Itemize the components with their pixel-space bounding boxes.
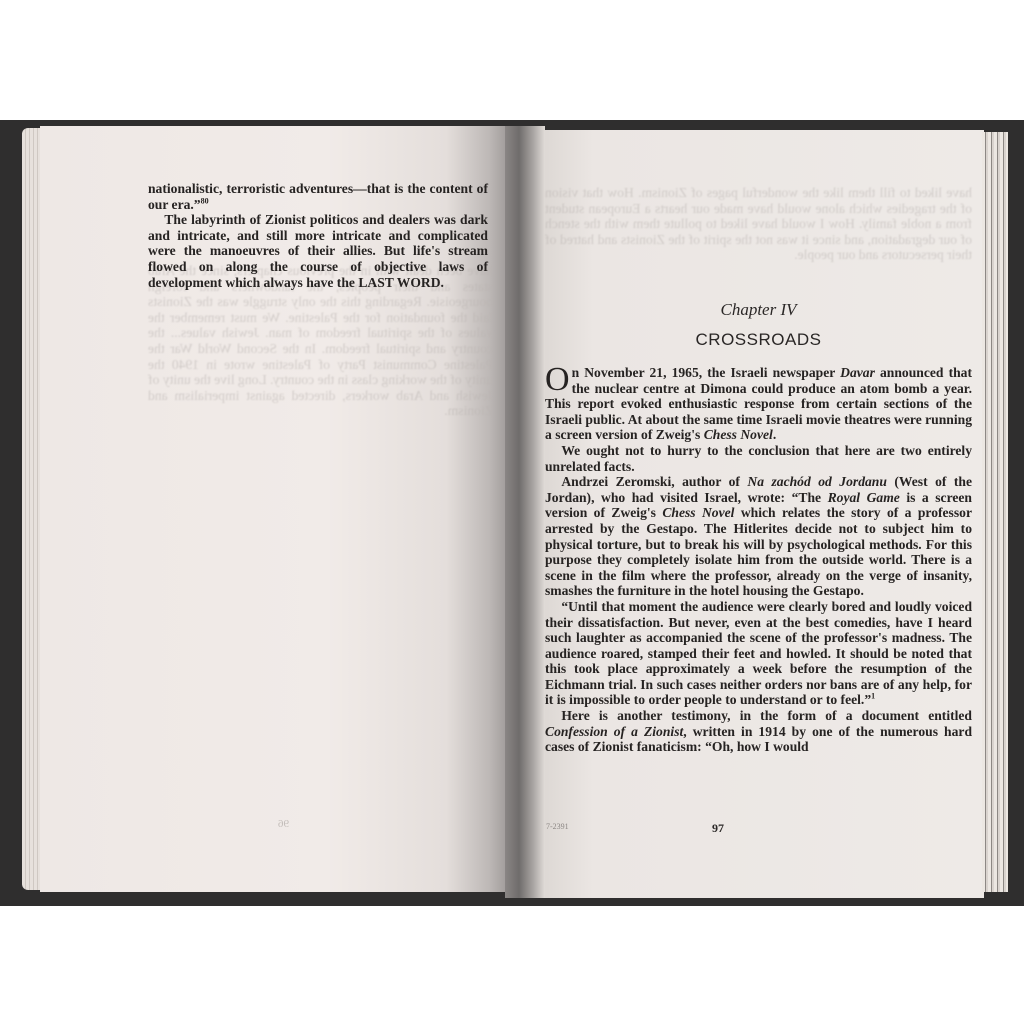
italic-title: Chess Novel xyxy=(704,427,773,442)
italic-title: Confession of a Zionist xyxy=(545,724,683,739)
right-paragraph-4: “Until that moment the audience were cle… xyxy=(545,599,972,708)
right-page-stack-edge xyxy=(982,132,1008,892)
book-gutter xyxy=(505,126,545,898)
chapter-label: Chapter IV xyxy=(545,300,972,320)
right-paragraph-2: We ought not to hurry to the conclusion … xyxy=(545,443,972,474)
text-run: Andrzei Zeromski, author of xyxy=(561,474,747,489)
text-run: We ought not to hurry to the conclusion … xyxy=(545,443,972,474)
text-run: . xyxy=(773,427,776,442)
right-paragraph-5: Here is another testimony, in the form o… xyxy=(545,708,972,755)
italic-title: Davar xyxy=(840,365,875,380)
left-paragraph-1-text: nationalistic, terroristic adventures—th… xyxy=(148,181,488,212)
text-run: “Until that moment the audience were cle… xyxy=(545,599,972,708)
left-page-text: nationalistic, terroristic adventures—th… xyxy=(148,181,488,290)
left-paragraph-1: nationalistic, terroristic adventures—th… xyxy=(148,181,488,212)
right-page-text: On November 21, 1965, the Israeli newspa… xyxy=(545,365,972,755)
right-paragraph-3: Andrzei Zeromski, author of Na zachód od… xyxy=(545,474,972,599)
left-page-show-through: have been dealt with in the previous cha… xyxy=(148,263,493,793)
footnote-ref: 1 xyxy=(871,692,875,701)
italic-title: Na zachód od Jordanu xyxy=(747,474,887,489)
italic-title: Chess Novel xyxy=(662,505,734,520)
signature-mark: 7-2391 xyxy=(546,822,569,831)
left-paragraph-2: The labyrinth of Zionist politicos and d… xyxy=(148,212,488,290)
right-page-show-through: have liked to fill them like the wonderf… xyxy=(545,185,972,303)
footnote-ref: 80 xyxy=(201,196,209,205)
page-number: 97 xyxy=(712,821,724,836)
right-paragraph-1: On November 21, 1965, the Israeli newspa… xyxy=(545,365,972,443)
text-run: Here is another testimony, in the form o… xyxy=(561,708,972,723)
chapter-title: CROSSROADS xyxy=(545,330,972,350)
drop-cap: O xyxy=(545,366,570,394)
left-folio-show-through: 96 xyxy=(278,818,289,830)
italic-title: Royal Game xyxy=(828,490,900,505)
text-run: n November 21, 1965, the Israeli newspap… xyxy=(572,365,841,380)
